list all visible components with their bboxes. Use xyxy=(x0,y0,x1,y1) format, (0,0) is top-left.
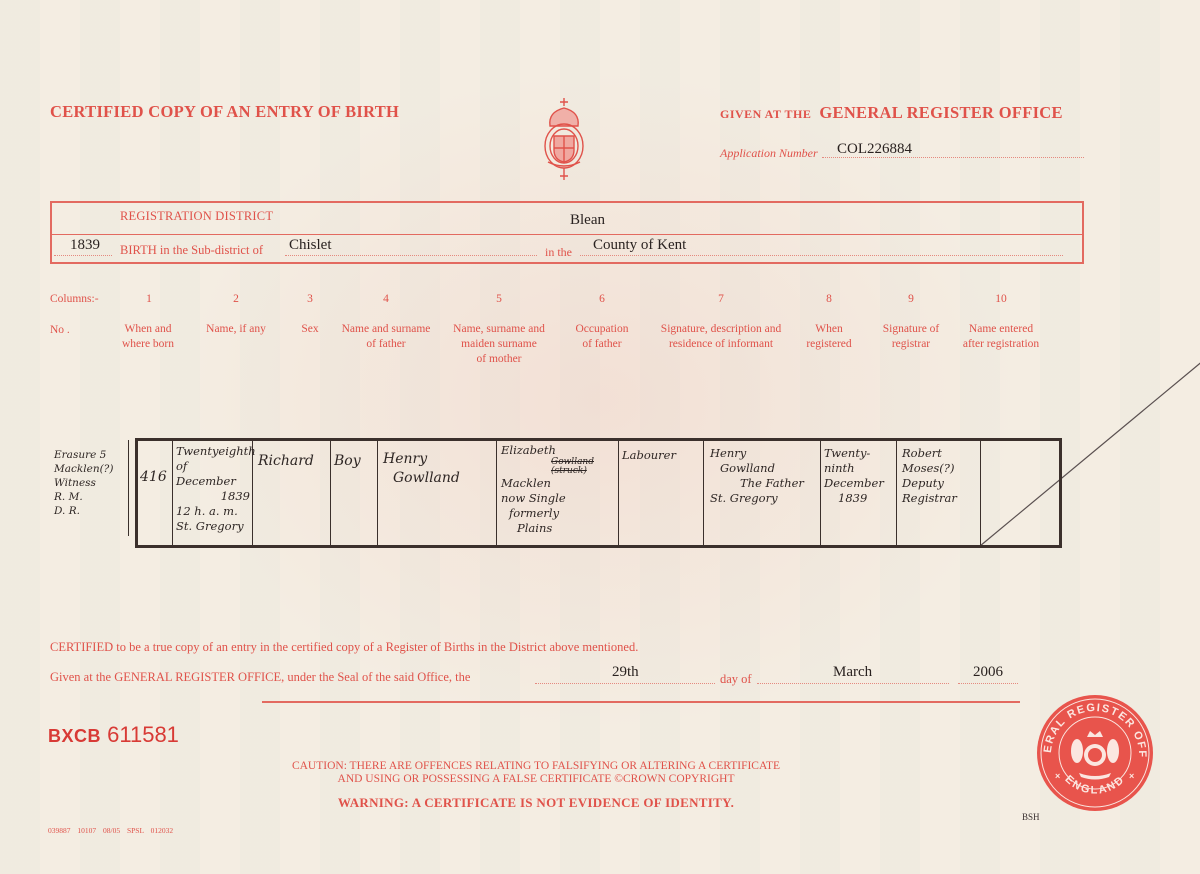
margin-note-line: Erasure 5 xyxy=(54,448,113,462)
column-divider xyxy=(820,440,821,546)
bsh-mark: BSH xyxy=(1022,812,1040,822)
entry-registrar: Robert Moses(?) Deputy Registrar xyxy=(902,446,980,506)
entry-line: of December xyxy=(176,459,250,489)
entry-line: Gowlland xyxy=(383,469,460,488)
heading-line: registrar xyxy=(883,337,940,352)
heading-line: residence of informant xyxy=(661,337,781,352)
columns-label: Columns:- xyxy=(50,293,99,305)
heading-line: after registration xyxy=(963,337,1039,352)
column-divider xyxy=(618,440,619,546)
margin-note-line: R. M. xyxy=(54,490,113,504)
year-dotted-line xyxy=(54,255,112,256)
caution-line: CAUTION: THERE ARE OFFENCES RELATING TO … xyxy=(256,760,816,773)
royal-crest-icon xyxy=(540,96,588,184)
entry-line: Elizabeth xyxy=(501,443,615,458)
column-heading-when-where-born: When and where born xyxy=(122,322,174,352)
column-number-5: 5 xyxy=(496,293,502,305)
certificate-serial-number: BXCB 611581 xyxy=(48,722,179,748)
heading-line: When and xyxy=(122,322,174,337)
entry-informant: Henry Gowlland The Father St. Gregory xyxy=(710,446,818,506)
certified-year: 2006 xyxy=(973,664,1003,681)
entry-line-struck: Gowlland (struck) xyxy=(501,458,615,476)
caution-line: AND USING OR POSSESSING A FALSE CERTIFIC… xyxy=(256,773,816,786)
entry-line: Deputy xyxy=(902,476,980,491)
heading-line: Name, surname and xyxy=(453,322,545,337)
entry-line: now Single xyxy=(501,491,615,506)
entry-line: ninth xyxy=(824,461,896,476)
column-heading-occupation: Occupation of father xyxy=(575,322,628,352)
entry-father: Henry Gowlland xyxy=(383,450,460,488)
day-of-label: day of xyxy=(720,672,752,687)
caution-notice: CAUTION: THERE ARE OFFENCES RELATING TO … xyxy=(256,760,816,786)
given-at-the-label: GIVEN AT THE xyxy=(720,107,811,121)
svg-text:×: × xyxy=(1055,771,1060,781)
year-dotted-line xyxy=(958,683,1018,684)
county-value: County of Kent xyxy=(593,237,686,254)
serial-number: 611581 xyxy=(107,722,179,747)
application-number-label: Application Number xyxy=(720,146,818,161)
serial-prefix: BXCB xyxy=(48,726,101,746)
signature-rule xyxy=(262,701,1020,703)
column-heading-informant: Signature, description and residence of … xyxy=(661,322,781,352)
entry-line: formerly xyxy=(501,506,615,521)
heading-line: of mother xyxy=(453,352,545,367)
column-heading-father: Name and surname of father xyxy=(342,322,431,352)
heading-line: Name entered xyxy=(963,322,1039,337)
general-register-office-label: GENERAL REGISTER OFFICE xyxy=(819,103,1062,122)
heading-line: Sex xyxy=(301,322,318,337)
registration-district-value: Blean xyxy=(570,212,605,229)
heading-line: registered xyxy=(806,337,851,352)
entry-line: 1839 xyxy=(824,491,896,506)
column-number-10: 10 xyxy=(995,293,1007,305)
margin-note: Erasure 5 Macklen(?) Witness R. M. D. R. xyxy=(54,448,113,518)
birth-year-value: 1839 xyxy=(70,237,100,254)
entry-number: 416 xyxy=(140,468,167,487)
entry-line: St. Gregory xyxy=(176,519,250,534)
column-heading-when-registered: When registered xyxy=(806,322,851,352)
entry-mother: Elizabeth Gowlland (struck) Macklen now … xyxy=(501,443,615,536)
entry-line: Robert xyxy=(902,446,980,461)
column-heading-mother: Name, surname and maiden surname of moth… xyxy=(453,322,545,367)
heading-line: Signature of xyxy=(883,322,940,337)
heading-line: maiden surname xyxy=(453,337,545,352)
no-column-heading: No . xyxy=(50,324,70,336)
heading-line: Signature, description and xyxy=(661,322,781,337)
column-number-2: 2 xyxy=(233,293,239,305)
entry-line: Gowlland xyxy=(710,461,818,476)
column-number-8: 8 xyxy=(826,293,832,305)
heading-line: where born xyxy=(122,337,174,352)
column-heading-sex: Sex xyxy=(301,322,318,337)
form-codes: 039887 10107 08/05 SPSL 012032 xyxy=(48,826,173,835)
subdistrict-value: Chislet xyxy=(289,237,332,254)
general-register-office-seal-icon: GENERAL REGISTER OFFICE ENGLAND × × xyxy=(1035,693,1155,813)
column-number-3: 3 xyxy=(307,293,313,305)
given-statement: Given at the GENERAL REGISTER OFFICE, un… xyxy=(50,670,470,685)
issuing-office-title: GIVEN AT THE GENERAL REGISTER OFFICE xyxy=(720,103,1063,123)
certified-statement: CERTIFIED to be a true copy of an entry … xyxy=(50,640,638,655)
county-dotted-line xyxy=(580,255,1063,256)
entry-line: Henry xyxy=(710,446,818,461)
district-divider xyxy=(52,234,1082,235)
heading-line: Name, if any xyxy=(206,322,266,337)
heading-line: of father xyxy=(575,337,628,352)
column-heading-name-after-registration: Name entered after registration xyxy=(963,322,1039,352)
month-dotted-line xyxy=(757,683,949,684)
entry-line: Moses(?) xyxy=(902,461,980,476)
column-divider xyxy=(172,440,173,546)
entry-line: Twentyeighth xyxy=(176,444,250,459)
entry-name: Richard xyxy=(258,452,314,471)
entry-when-registered: Twenty- ninth December 1839 xyxy=(824,446,896,506)
certificate-title: CERTIFIED COPY OF AN ENTRY OF BIRTH xyxy=(50,102,399,122)
subdistrict-dotted-line xyxy=(285,255,537,256)
column-divider xyxy=(330,440,331,546)
column-heading-registrar: Signature of registrar xyxy=(883,322,940,352)
entry-when-where-born: Twentyeighth of December 1839 12 h. a. m… xyxy=(176,444,250,534)
entry-line: Macklen xyxy=(501,476,615,491)
entry-line: Twenty- xyxy=(824,446,896,461)
in-the-label: in the xyxy=(545,245,572,260)
entry-line: Registrar xyxy=(902,491,980,506)
entry-line: St. Gregory xyxy=(710,491,818,506)
entry-line: December xyxy=(824,476,896,491)
column-number-1: 1 xyxy=(146,293,152,305)
application-number-value: COL226884 xyxy=(837,141,912,158)
column-number-4: 4 xyxy=(383,293,389,305)
entry-sex: Boy xyxy=(334,452,361,471)
birth-subdistrict-label: BIRTH in the Sub-district of xyxy=(120,243,263,258)
margin-note-line: Macklen(?) xyxy=(54,462,113,476)
certified-day: 29th xyxy=(612,664,639,681)
heading-line: When xyxy=(806,322,851,337)
heading-line: Name and surname xyxy=(342,322,431,337)
svg-text:×: × xyxy=(1129,771,1134,781)
entry-line: Plains xyxy=(501,521,615,536)
entry-line: 12 h. a. m. xyxy=(176,504,250,519)
margin-note-line: D. R. xyxy=(54,504,113,518)
column-divider xyxy=(896,440,897,546)
registration-district-label: REGISTRATION DISTRICT xyxy=(120,209,273,224)
certified-month: March xyxy=(833,664,872,681)
entry-line: Henry xyxy=(383,450,460,469)
column-divider xyxy=(980,440,981,546)
column-number-7: 7 xyxy=(718,293,724,305)
entry-occupation: Labourer xyxy=(622,448,676,463)
column-divider xyxy=(703,440,704,546)
heading-line: Occupation xyxy=(575,322,628,337)
entry-line: 1839 xyxy=(176,489,250,504)
column-heading-name: Name, if any xyxy=(206,322,266,337)
day-dotted-line xyxy=(535,683,715,684)
column-number-6: 6 xyxy=(599,293,605,305)
margin-note-line: Witness xyxy=(54,476,113,490)
column-divider xyxy=(377,440,378,546)
column-divider xyxy=(496,440,497,546)
identity-warning: WARNING: A CERTIFICATE IS NOT EVIDENCE O… xyxy=(256,795,816,811)
entry-line: The Father xyxy=(710,476,818,491)
heading-line: of father xyxy=(342,337,431,352)
column-number-9: 9 xyxy=(908,293,914,305)
margin-rule xyxy=(128,440,129,536)
